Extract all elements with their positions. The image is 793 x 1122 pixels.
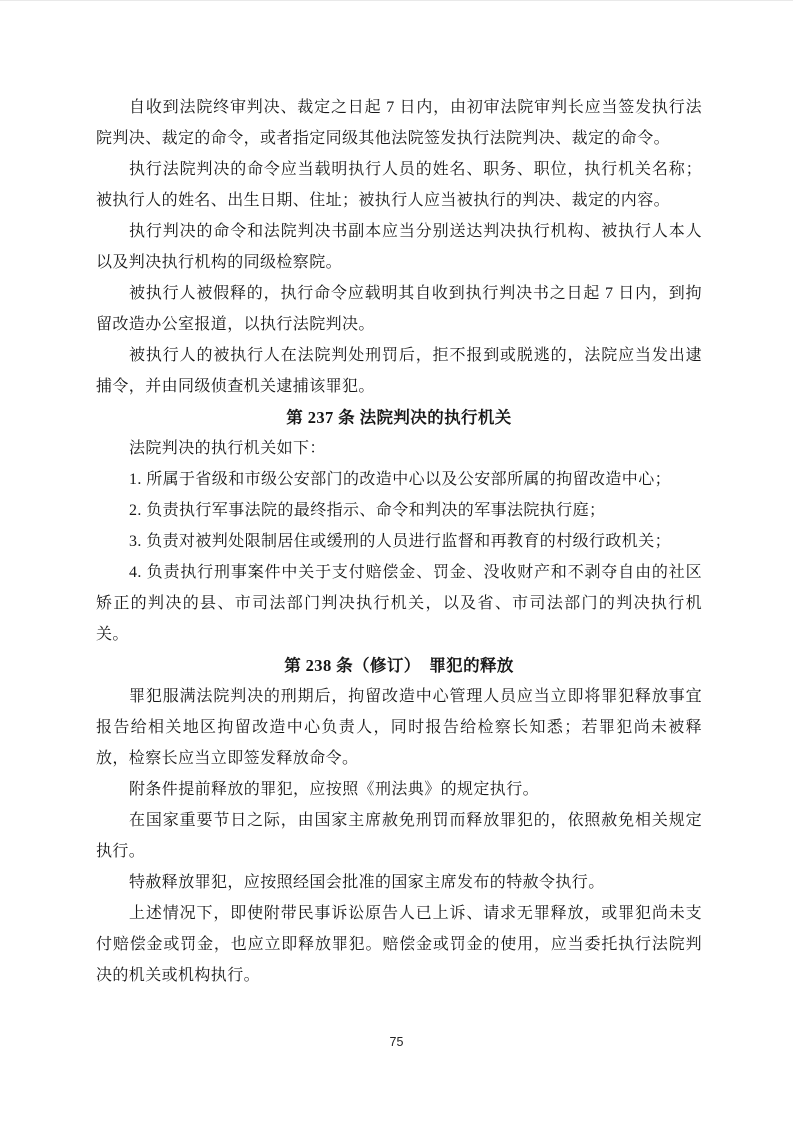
list-item-237-4: 4. 负责执行刑事案件中关于支付赔偿金、罚金、没收财产和不剥夺自由的社区矫正的判… — [96, 557, 702, 650]
list-item-237-3: 3. 负责对被判处限制居住或缓刑的人员进行监督和再教育的村级行政机关； — [96, 526, 702, 557]
paragraph-238-special-pardon: 特赦释放罪犯，应按照经国会批准的国家主席发布的特赦令执行。 — [96, 867, 702, 898]
paragraph-execution-order-issuance: 自收到法院终审判决、裁定之日起 7 日内，由初审法院审判长应当签发执行法院判决、… — [96, 92, 702, 154]
page-number: 75 — [0, 1035, 793, 1049]
list-item-237-2: 2. 负责执行军事法院的最终指示、命令和判决的军事法院执行庭； — [96, 495, 702, 526]
paragraph-238-immediate-release: 上述情况下，即使附带民事诉讼原告人已上诉、请求无罪释放，或罪犯尚未支付赔偿金或罚… — [96, 898, 702, 991]
document-content: 自收到法院终审判决、裁定之日起 7 日内，由初审法院审判长应当签发执行法院判决、… — [96, 92, 702, 991]
paragraph-238-release-report: 罪犯服满法院判决的刑期后，拘留改造中心管理人员应当立即将罪犯释放事宜报告给相关地… — [96, 681, 702, 774]
paragraph-order-delivery: 执行判决的命令和法院判决书副本应当分别送达判决执行机构、被执行人本人以及判决执行… — [96, 216, 702, 278]
paragraph-execution-order-contents: 执行法院判决的命令应当载明执行人员的姓名、职务、职位，执行机关名称；被执行人的姓… — [96, 154, 702, 216]
article-237-heading: 第 237 条 法院判决的执行机关 — [96, 402, 702, 433]
paragraph-arrest-warrant: 被执行人的被执行人在法院判处刑罚后，拒不报到或脱逃的，法院应当发出逮捕令，并由同… — [96, 340, 702, 402]
list-item-237-1: 1. 所属于省级和市级公安部门的改造中心以及公安部所属的拘留改造中心； — [96, 464, 702, 495]
document-page: 自收到法院终审判决、裁定之日起 7 日内，由初审法院审判长应当签发执行法院判决、… — [0, 0, 793, 1122]
article-238-heading: 第 238 条（修订） 罪犯的释放 — [96, 650, 702, 681]
paragraph-parole-report: 被执行人被假释的，执行命令应载明其自收到执行判决书之日起 7 日内，到拘留改造办… — [96, 278, 702, 340]
paragraph-238-conditional-release: 附条件提前释放的罪犯，应按照《刑法典》的规定执行。 — [96, 774, 702, 805]
paragraph-238-holiday-amnesty: 在国家重要节日之际，由国家主席赦免刑罚而释放罪犯的，依照赦免相关规定执行。 — [96, 805, 702, 867]
paragraph-237-lead: 法院判决的执行机关如下： — [96, 433, 702, 464]
